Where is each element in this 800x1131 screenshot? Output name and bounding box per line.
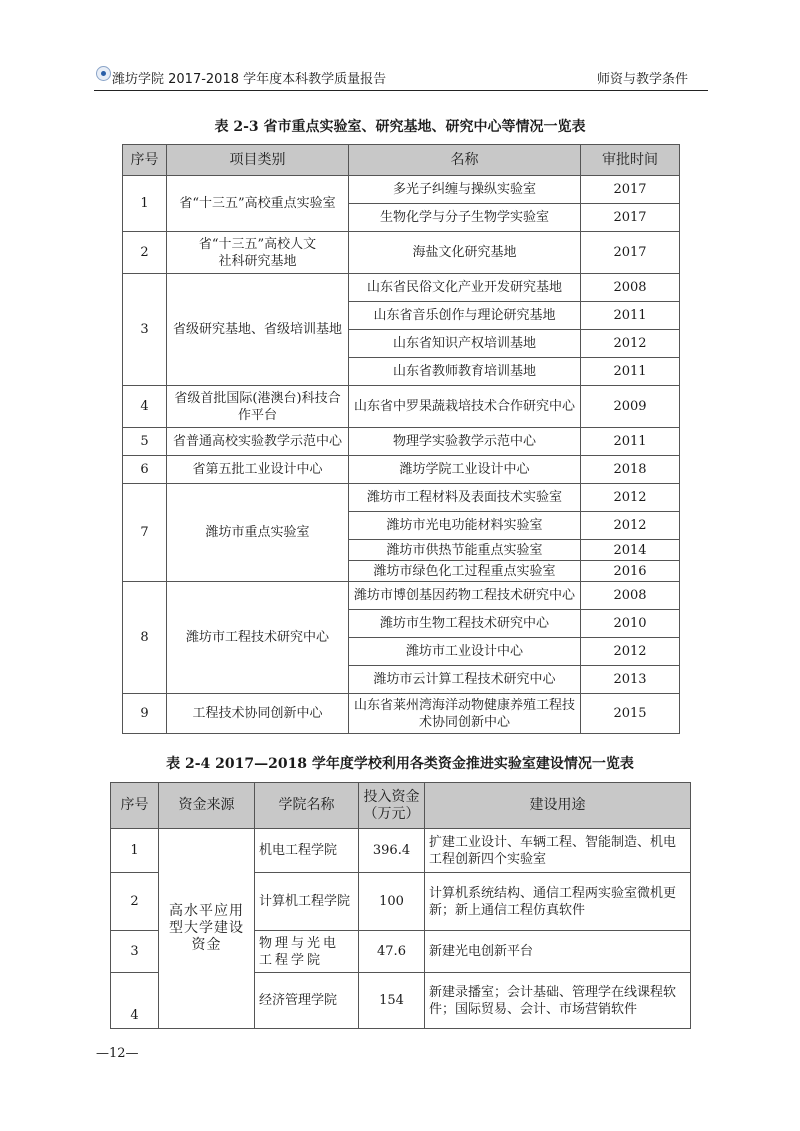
row-no: 1	[111, 829, 159, 873]
table-row: 8 潍坊市工程技术研究中心 潍坊市博创基因药物工程技术研究中心 2008	[123, 582, 680, 610]
row-year: 2011	[581, 302, 680, 330]
table-row: 2 省“十三五”高校人文社科研究基地 海盐文化研究基地 2017	[123, 232, 680, 274]
row-year: 2011	[581, 428, 680, 456]
page-number: —12—	[96, 1046, 139, 1061]
table-row: 1 高水平应用型大学建设资金 机电工程学院 396.4 扩建工业设计、车辆工程、…	[111, 829, 691, 873]
row-name: 潍坊学院工业设计中心	[349, 456, 581, 484]
row-category: 省“十三五”高校人文社科研究基地	[167, 232, 349, 274]
row-no: 5	[123, 428, 167, 456]
row-no: 2	[123, 232, 167, 274]
row-no: 9	[123, 694, 167, 734]
col-header-no: 序号	[123, 145, 167, 176]
row-no: 4	[123, 386, 167, 428]
table-labs-bases-centers: 序号 项目类别 名称 审批时间 1 省“十三五”高校重点实验室 多光子纠缠与操纵…	[122, 144, 680, 734]
row-year: 2016	[581, 561, 680, 582]
row-name: 山东省民俗文化产业开发研究基地	[349, 274, 581, 302]
row-no: 3	[123, 274, 167, 386]
table-header-row: 序号 项目类别 名称 审批时间	[123, 145, 680, 176]
row-college: 机电工程学院	[255, 829, 359, 873]
row-college: 计算机工程学院	[255, 873, 359, 931]
row-category: 省普通高校实验教学示范中心	[167, 428, 349, 456]
col-header-amount: 投入资金（万元）	[359, 783, 425, 829]
row-no: 7	[123, 484, 167, 582]
row-year: 2018	[581, 456, 680, 484]
col-header-purpose: 建设用途	[425, 783, 691, 829]
table-header-row: 序号 资金来源 学院名称 投入资金（万元） 建设用途	[111, 783, 691, 829]
row-name: 多光子纠缠与操纵实验室	[349, 176, 581, 204]
row-year: 2009	[581, 386, 680, 428]
row-year: 2017	[581, 232, 680, 274]
row-category: 潍坊市重点实验室	[167, 484, 349, 582]
row-name: 潍坊市供热节能重点实验室	[349, 540, 581, 561]
table-lab-funding: 序号 资金来源 学院名称 投入资金（万元） 建设用途 1 高水平应用型大学建设资…	[110, 782, 691, 1029]
row-purpose: 新建光电创新平台	[425, 931, 691, 973]
row-name: 潍坊市博创基因药物工程技术研究中心	[349, 582, 581, 610]
row-name: 山东省音乐创作与理论研究基地	[349, 302, 581, 330]
table-row: 7 潍坊市重点实验室 潍坊市工程材料及表面技术实验室 2012	[123, 484, 680, 512]
row-year: 2013	[581, 666, 680, 694]
col-header-college: 学院名称	[255, 783, 359, 829]
row-college: 经济管理学院	[255, 973, 359, 1029]
row-category: 工程技术协同创新中心	[167, 694, 349, 734]
row-no: 8	[123, 582, 167, 694]
row-no: 4	[111, 973, 159, 1029]
row-year: 2008	[581, 582, 680, 610]
row-amount: 100	[359, 873, 425, 931]
row-year: 2012	[581, 330, 680, 358]
row-no: 6	[123, 456, 167, 484]
table1-caption: 表 2-3 省市重点实验室、研究基地、研究中心等情况一览表	[0, 116, 800, 136]
col-header-category: 项目类别	[167, 145, 349, 176]
row-name: 物理学实验教学示范中心	[349, 428, 581, 456]
col-header-name: 名称	[349, 145, 581, 176]
row-college: 物理与光电工程学院	[255, 931, 359, 973]
row-year: 2010	[581, 610, 680, 638]
row-category: 潍坊市工程技术研究中心	[167, 582, 349, 694]
row-year: 2014	[581, 540, 680, 561]
school-emblem-icon	[96, 66, 111, 81]
row-name: 潍坊市生物工程技术研究中心	[349, 610, 581, 638]
row-name: 潍坊市云计算工程技术研究中心	[349, 666, 581, 694]
table-row: 5 省普通高校实验教学示范中心 物理学实验教学示范中心 2011	[123, 428, 680, 456]
row-category: 省第五批工业设计中心	[167, 456, 349, 484]
row-category: 省“十三五”高校重点实验室	[167, 176, 349, 232]
row-purpose: 扩建工业设计、车辆工程、智能制造、机电工程创新四个实验室	[425, 829, 691, 873]
row-name: 潍坊市绿色化工过程重点实验室	[349, 561, 581, 582]
table-row: 1 省“十三五”高校重点实验室 多光子纠缠与操纵实验室 2017	[123, 176, 680, 204]
table-row: 4 省级首批国际(港澳台)科技合作平台 山东省中罗果蔬栽培技术合作研究中心 20…	[123, 386, 680, 428]
row-no: 3	[111, 931, 159, 973]
row-category: 省级首批国际(港澳台)科技合作平台	[167, 386, 349, 428]
row-year: 2017	[581, 176, 680, 204]
report-title: 潍坊学院 2017-2018 学年度本科教学质量报告	[112, 68, 386, 87]
fund-source-cell: 高水平应用型大学建设资金	[159, 829, 255, 1029]
row-purpose: 计算机系统结构、通信工程两实验室微机更新；新上通信工程仿真软件	[425, 873, 691, 931]
row-name: 山东省中罗果蔬栽培技术合作研究中心	[349, 386, 581, 428]
row-name: 潍坊市工程材料及表面技术实验室	[349, 484, 581, 512]
section-title: 师资与教学条件	[597, 68, 688, 87]
row-amount: 154	[359, 973, 425, 1029]
row-no: 2	[111, 873, 159, 931]
row-year: 2012	[581, 638, 680, 666]
row-no: 1	[123, 176, 167, 232]
table-row: 3 省级研究基地、省级培训基地 山东省民俗文化产业开发研究基地 2008	[123, 274, 680, 302]
row-year: 2008	[581, 274, 680, 302]
row-name: 潍坊市光电功能材料实验室	[349, 512, 581, 540]
row-year: 2012	[581, 484, 680, 512]
row-amount: 396.4	[359, 829, 425, 873]
row-amount: 47.6	[359, 931, 425, 973]
row-name: 山东省教师教育培训基地	[349, 358, 581, 386]
row-name: 海盐文化研究基地	[349, 232, 581, 274]
row-name: 生物化学与分子生物学实验室	[349, 204, 581, 232]
row-name: 山东省莱州湾海洋动物健康养殖工程技术协同创新中心	[349, 694, 581, 734]
table-row: 6 省第五批工业设计中心 潍坊学院工业设计中心 2018	[123, 456, 680, 484]
row-category: 省级研究基地、省级培训基地	[167, 274, 349, 386]
col-header-year: 审批时间	[581, 145, 680, 176]
row-year: 2012	[581, 512, 680, 540]
table2-caption: 表 2-4 2017—2018 学年度学校利用各类资金推进实验室建设情况一览表	[0, 753, 800, 773]
row-year: 2015	[581, 694, 680, 734]
col-header-fund-source: 资金来源	[159, 783, 255, 829]
row-year: 2011	[581, 358, 680, 386]
row-name: 潍坊市工业设计中心	[349, 638, 581, 666]
row-name: 山东省知识产权培训基地	[349, 330, 581, 358]
col-header-no: 序号	[111, 783, 159, 829]
row-purpose: 新建录播室；会计基础、管理学在线课程软件；国际贸易、会计、市场营销软件	[425, 973, 691, 1029]
row-year: 2017	[581, 204, 680, 232]
page-header: 潍坊学院 2017-2018 学年度本科教学质量报告 师资与教学条件	[94, 64, 708, 91]
table-row: 9 工程技术协同创新中心 山东省莱州湾海洋动物健康养殖工程技术协同创新中心 20…	[123, 694, 680, 734]
